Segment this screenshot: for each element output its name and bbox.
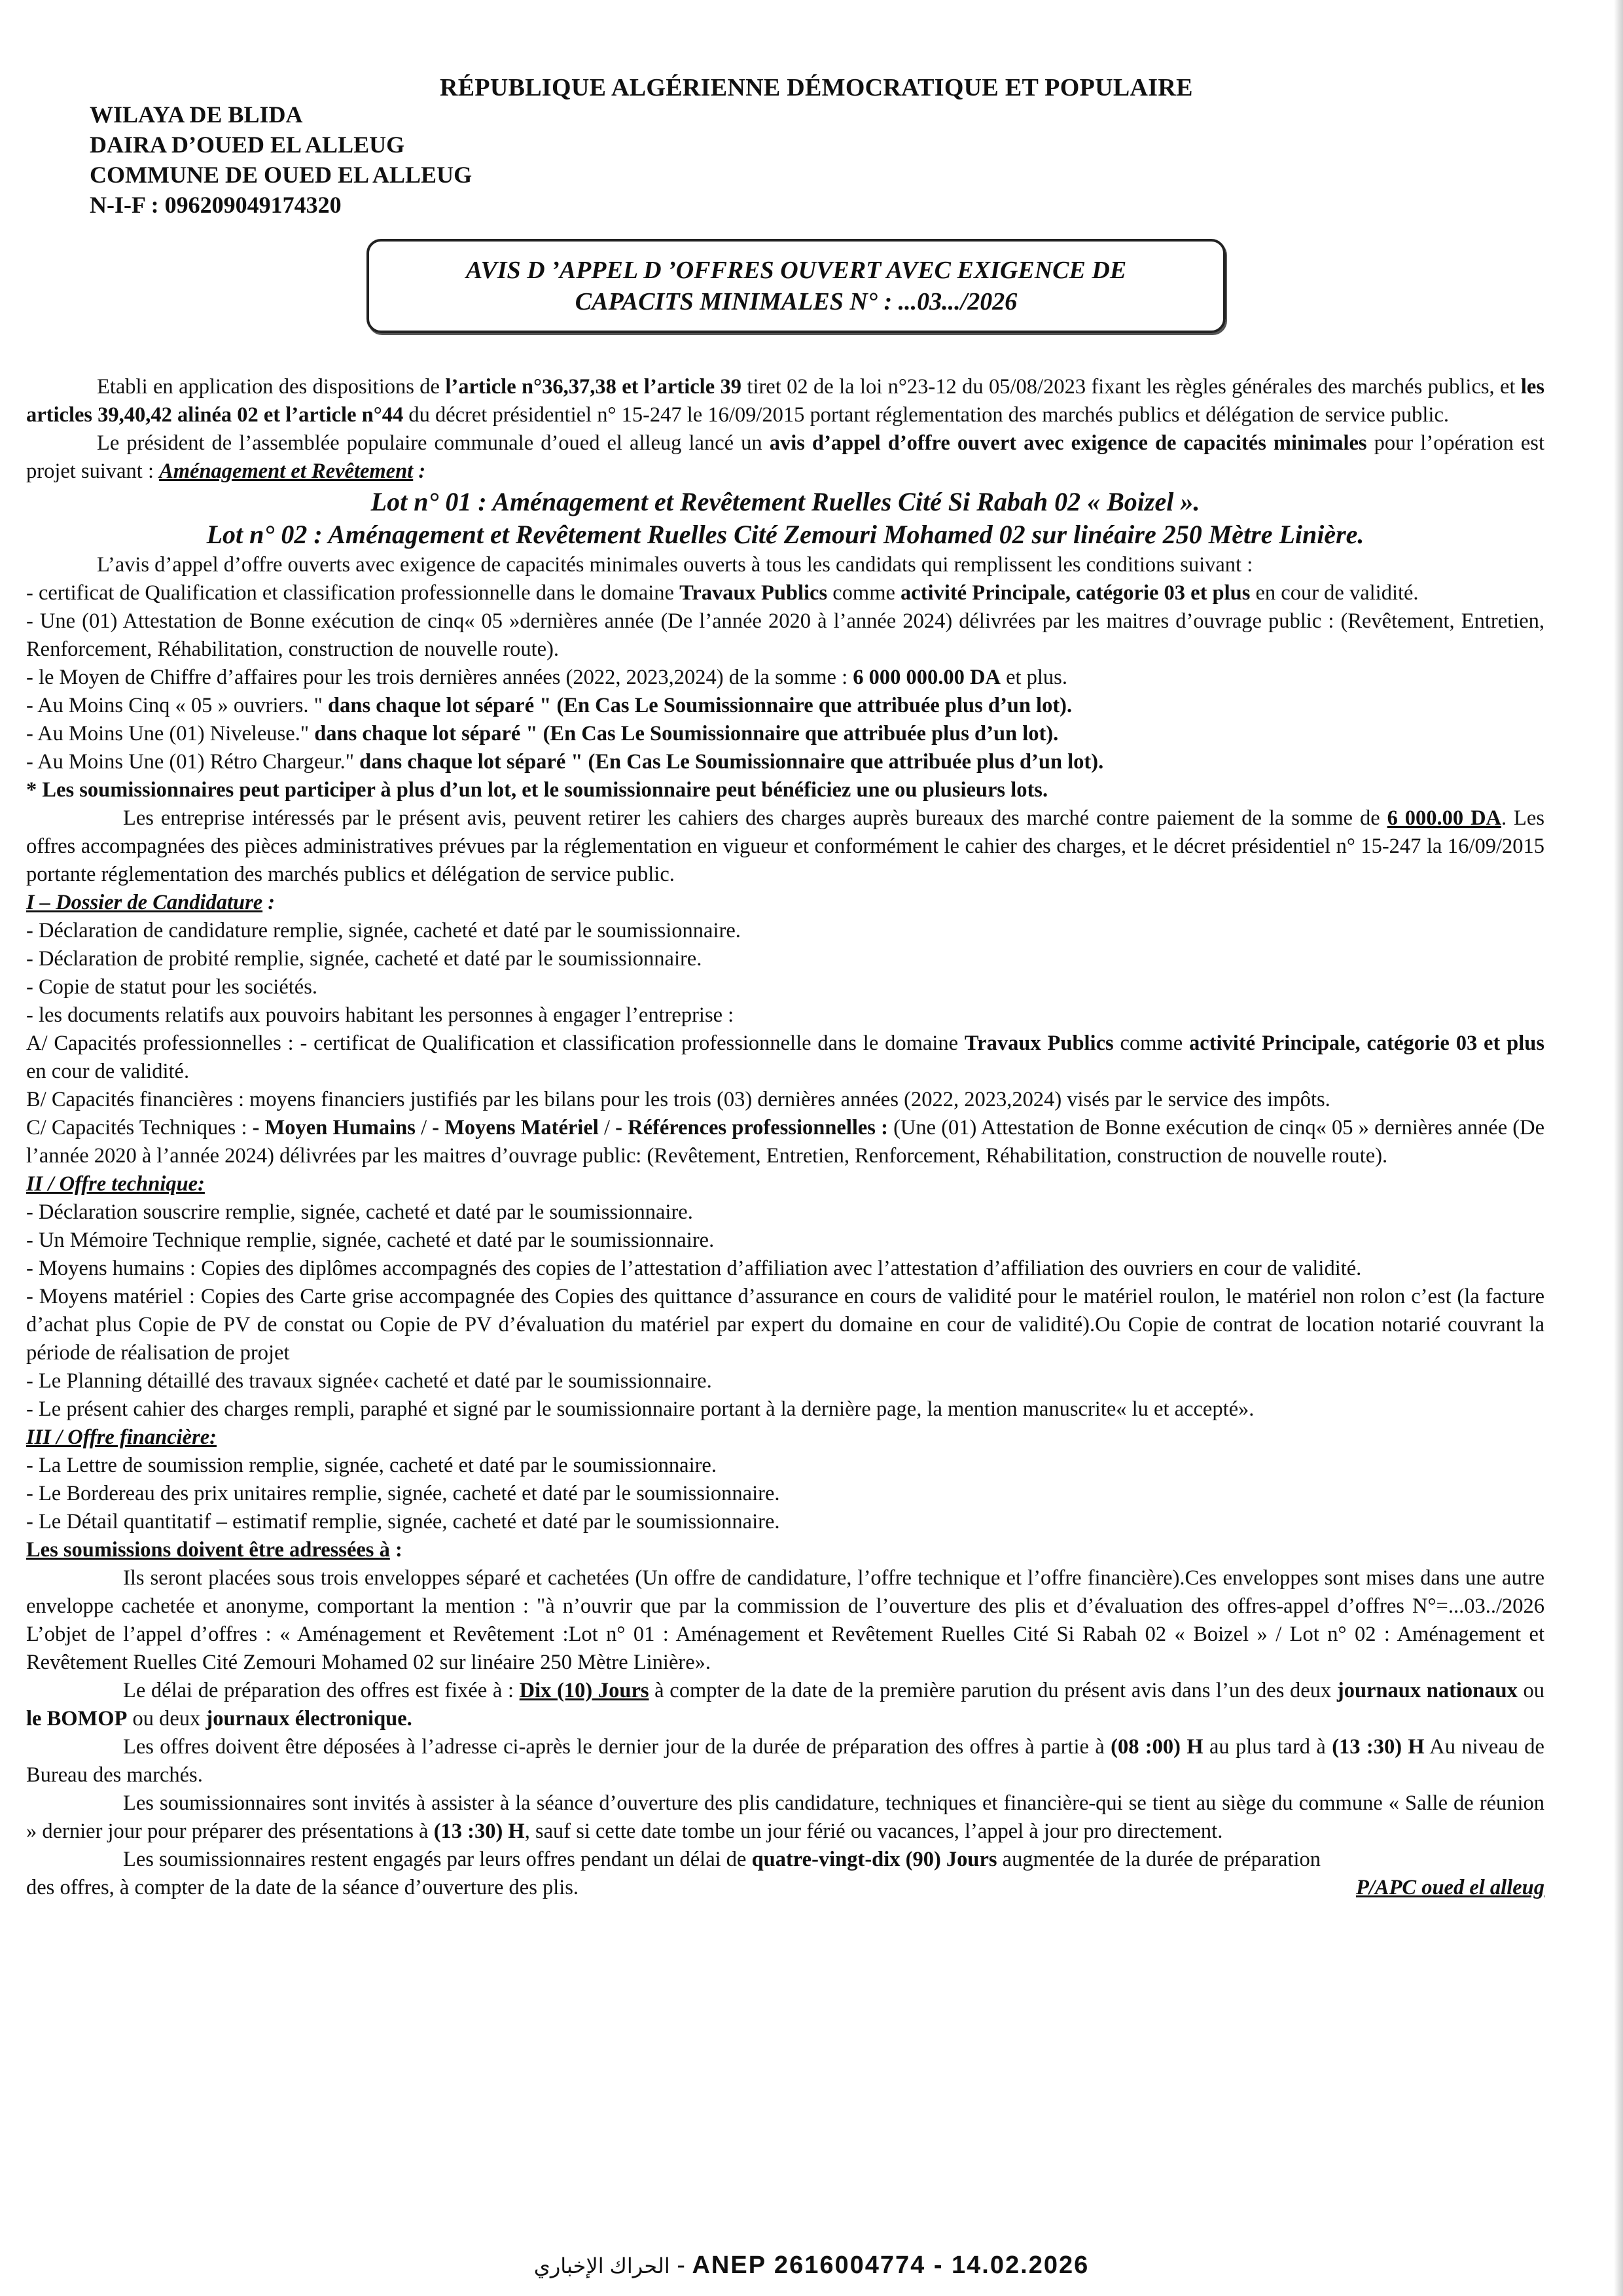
paragraph: Les soumissionnaires restent engagés par…	[26, 1846, 1544, 1874]
publisher-name-arabic: الحراك الإخباري	[534, 2254, 670, 2278]
text-run: dans chaque lot séparé " (En Cas Le Soum…	[328, 694, 1072, 717]
paragraph: L’avis d’appel d’offre ouverts avec exig…	[26, 551, 1544, 579]
text-run: au plus tard à	[1204, 1735, 1332, 1759]
text-run: /	[599, 1116, 615, 1139]
text-run: Ils seront placées sous trois enveloppes…	[26, 1566, 1544, 1674]
text-run: Aménagement et Revêtement	[159, 459, 413, 483]
notice-title-line1: AVIS D ’APPEL D ’OFFRES OUVERT AVEC EXIG…	[369, 256, 1223, 285]
text-run: augmentée de la durée de préparation	[997, 1848, 1321, 1871]
text-run: 6 000.00 DA	[1387, 806, 1501, 830]
paragraph: I – Dossier de Candidature :	[26, 889, 1544, 917]
text-run: /	[416, 1116, 432, 1139]
text-run: - le Moyen de Chiffre d’affaires pour le…	[26, 666, 853, 689]
text-run: I – Dossier de Candidature	[26, 891, 262, 914]
text-run: :	[390, 1538, 402, 1562]
paragraph: - Un Mémoire Technique remplie, signée, …	[26, 1227, 1544, 1255]
text-run: quatre-vingt-dix (90) Jours	[752, 1848, 997, 1871]
text-run: Le président de l’assemblée populaire co…	[97, 431, 770, 455]
paragraph: - Au Moins Une (01) Rétro Chargeur." dan…	[26, 748, 1544, 776]
text-run: - Le Détail quantitatif – estimatif remp…	[26, 1510, 780, 1534]
text-run: * Les soumissionnaires peut participer à…	[26, 778, 1048, 802]
text-run: Etabli en application des dispositions d…	[97, 375, 445, 399]
paragraph: - Au Moins Une (01) Niveleuse." dans cha…	[26, 720, 1544, 748]
text-run: - Copie de statut pour les sociétés.	[26, 975, 317, 999]
text-run: Dix (10) Jours	[520, 1679, 649, 1702]
text-run: II / Offre technique:	[26, 1172, 205, 1196]
text-run: - Un Mémoire Technique remplie, signée, …	[26, 1229, 714, 1252]
text-run: B/ Capacités financières : moyens financ…	[26, 1088, 1330, 1111]
text-run: en cour de validité.	[26, 1060, 189, 1083]
text-run: Le délai de préparation des offres est f…	[123, 1679, 520, 1702]
text-run: ou	[1518, 1679, 1544, 1702]
nif-label: N-I-F : 096209049174320	[90, 190, 472, 220]
paragraph: - Déclaration de probité remplie, signée…	[26, 945, 1544, 973]
text-run: (08 :00) H	[1111, 1735, 1203, 1759]
text-run: (13 :30) H	[1332, 1735, 1424, 1759]
text-run: Les soumissions doivent être adressées à	[26, 1538, 390, 1562]
text-run: - Moyens matériel : Copies des Carte gri…	[26, 1285, 1544, 1365]
text-run: Les soumissionnaires restent engagés par…	[123, 1848, 752, 1871]
text-run: ou deux	[127, 1707, 205, 1731]
text-run: journaux électronique.	[205, 1707, 412, 1731]
paragraph: - Moyens matériel : Copies des Carte gri…	[26, 1283, 1544, 1367]
text-run: - Le Planning détaillé des travaux signé…	[26, 1369, 712, 1393]
daira-label: DAIRA D’OUED EL ALLEUG	[90, 130, 472, 160]
paragraph: - Le Planning détaillé des travaux signé…	[26, 1367, 1544, 1395]
paragraph: * Les soumissionnaires peut participer à…	[26, 776, 1544, 804]
paragraph: Les offres doivent être déposées à l’adr…	[26, 1733, 1544, 1789]
notice-title-box: AVIS D ’APPEL D ’OFFRES OUVERT AVEC EXIG…	[366, 239, 1226, 333]
republic-heading: RÉPUBLIQUE ALGÉRIENNE DÉMOCRATIQUE ET PO…	[440, 73, 1193, 102]
paragraph: - Moyens humains : Copies des diplômes a…	[26, 1255, 1544, 1283]
text-run: - Moyens humains : Copies des diplômes a…	[26, 1257, 1361, 1280]
text-run: - Une (01) Attestation de Bonne exécutio…	[26, 609, 1544, 661]
paragraph: II / Offre technique:	[26, 1170, 1544, 1198]
paragraph: C/ Capacités Techniques : - Moyen Humain…	[26, 1114, 1544, 1170]
text-run: - Au Moins Cinq « 05 » ouvriers. "	[26, 694, 328, 717]
text-run: :	[262, 891, 275, 914]
text-run: comme	[827, 581, 901, 605]
paragraph: Les soumissions doivent être adressées à…	[26, 1536, 1544, 1564]
text-run: activité Principale, catégorie 03 et plu…	[901, 581, 1250, 605]
paragraph: - Au Moins Cinq « 05 » ouvriers. " dans …	[26, 692, 1544, 720]
text-run: du décret présidentiel n° 15-247 le 16/0…	[403, 403, 1449, 427]
paragraph: - les documents relatifs aux pouvoirs ha…	[26, 1001, 1544, 1030]
text-run: - Au Moins Une (01) Niveleuse."	[26, 722, 314, 745]
administration-block: WILAYA DE BLIDA DAIRA D’OUED EL ALLEUG C…	[90, 99, 472, 220]
text-run: , sauf si cette date tombe un jour férié…	[525, 1820, 1223, 1843]
text-run: avis d’appel d’offre ouvert avec exigenc…	[770, 431, 1367, 455]
text-run: comme	[1114, 1031, 1189, 1055]
notice-body: Etabli en application des dispositions d…	[26, 373, 1544, 1902]
text-run: en cour de validité.	[1250, 581, 1418, 605]
text-run: - La Lettre de soumission remplie, signé…	[26, 1454, 717, 1477]
text-run: C/ Capacités Techniques :	[26, 1116, 253, 1139]
signature: P/APC oued el alleug	[1356, 1874, 1544, 1902]
scan-edge-shadow	[1614, 0, 1623, 2296]
text-run: - Références professionnelles :	[615, 1116, 888, 1139]
text-run: dans chaque lot séparé " (En Cas Le Soum…	[359, 750, 1103, 774]
text-run: Les entreprise intéressés par le présent…	[123, 806, 1387, 830]
paragraph: - le Moyen de Chiffre d’affaires pour le…	[26, 664, 1544, 692]
paragraph: - certificat de Qualification et classif…	[26, 579, 1544, 607]
text-run: 6 000 000.00 DA	[853, 666, 1001, 689]
paragraph: Les entreprise intéressés par le présent…	[26, 804, 1544, 889]
paragraph: A/ Capacités professionnelles : - certif…	[26, 1030, 1544, 1086]
text-run: - certificat de Qualification et classif…	[26, 581, 679, 605]
text-run: L’avis d’appel d’offre ouverts avec exig…	[97, 553, 1253, 577]
text-run: :	[413, 459, 425, 483]
paragraph: - Déclaration de candidature remplie, si…	[26, 917, 1544, 945]
text-run: - les documents relatifs aux pouvoirs ha…	[26, 1003, 734, 1027]
text-run: III / Offre financière:	[26, 1426, 217, 1449]
paragraph: Les soumissionnaires sont invités à assi…	[26, 1789, 1544, 1846]
paragraph: - Déclaration souscrire remplie, signée,…	[26, 1198, 1544, 1227]
text-run: Lot n° 02 : Aménagement et Revêtement Ru…	[207, 520, 1364, 549]
text-run: Les offres doivent être déposées à l’adr…	[123, 1735, 1111, 1759]
text-run: - Moyen Humains	[253, 1116, 416, 1139]
text-run: - Le présent cahier des charges rempli, …	[26, 1397, 1254, 1421]
paragraph: - Une (01) Attestation de Bonne exécutio…	[26, 607, 1544, 664]
paragraph: - Le Bordereau des prix unitaires rempli…	[26, 1480, 1544, 1508]
document-page: RÉPUBLIQUE ALGÉRIENNE DÉMOCRATIQUE ET PO…	[0, 0, 1623, 2296]
text-run: A/ Capacités professionnelles : - certif…	[26, 1031, 965, 1055]
text-run: - Le Bordereau des prix unitaires rempli…	[26, 1482, 780, 1505]
text-run: Travaux Publics	[679, 581, 827, 605]
paragraph: - La Lettre de soumission remplie, signé…	[26, 1452, 1544, 1480]
notice-title-line2: CAPACITS MINIMALES N° : ...03.../2026	[369, 287, 1223, 316]
wilaya-label: WILAYA DE BLIDA	[90, 99, 472, 130]
paragraph: Lot n° 01 : Aménagement et Revêtement Ru…	[26, 486, 1544, 518]
text-run: - Moyens Matériel	[432, 1116, 599, 1139]
paragraph: Etabli en application des dispositions d…	[26, 373, 1544, 429]
footer-separator: -	[670, 2251, 692, 2279]
text-run: - Au Moins Une (01) Rétro Chargeur."	[26, 750, 359, 774]
text-run: activité Principale, catégorie 03 et plu…	[1189, 1031, 1544, 1055]
paragraph: Le président de l’assemblée populaire co…	[26, 429, 1544, 486]
text-run: l’article n°36,37,38 et l’article 39	[445, 375, 741, 399]
text-run: à compter de la date de la première paru…	[649, 1679, 1337, 1702]
text-run: journaux nationaux	[1337, 1679, 1518, 1702]
paragraph: B/ Capacités financières : moyens financ…	[26, 1086, 1544, 1114]
text-run: tiret 02 de la loi n°23-12 du 05/08/2023…	[741, 375, 1521, 399]
paragraph: Lot n° 02 : Aménagement et Revêtement Ru…	[26, 518, 1544, 551]
commune-label: COMMUNE DE OUED EL ALLEUG	[90, 160, 472, 190]
text-run: Lot n° 01 : Aménagement et Revêtement Ru…	[371, 487, 1200, 516]
text-run: - Déclaration souscrire remplie, signée,…	[26, 1200, 693, 1224]
text-run: le BOMOP	[26, 1707, 127, 1731]
anep-reference: ANEP 2616004774 - 14.02.2026	[692, 2251, 1089, 2279]
paragraph: III / Offre financière:	[26, 1424, 1544, 1452]
text-run: dans chaque lot séparé " (En Cas Le Soum…	[314, 722, 1058, 745]
closing-line: des offres, à compter de la date de la s…	[26, 1874, 1544, 1902]
paragraph-list: Etabli en application des dispositions d…	[26, 373, 1544, 1874]
text-run: Travaux Publics	[965, 1031, 1114, 1055]
text-run: (13 :30) H	[434, 1820, 525, 1843]
closing-text: des offres, à compter de la date de la s…	[26, 1874, 579, 1902]
paragraph: - Le présent cahier des charges rempli, …	[26, 1395, 1544, 1424]
paragraph: - Copie de statut pour les sociétés.	[26, 973, 1544, 1001]
paragraph: Ils seront placées sous trois enveloppes…	[26, 1564, 1544, 1677]
text-run: - Déclaration de candidature remplie, si…	[26, 919, 741, 942]
text-run: - Déclaration de probité remplie, signée…	[26, 947, 702, 971]
text-run: et plus.	[1001, 666, 1067, 689]
paragraph: - Le Détail quantitatif – estimatif remp…	[26, 1508, 1544, 1536]
publication-footer: الحراك الإخباري - ANEP 2616004774 - 14.0…	[0, 2251, 1623, 2280]
paragraph: Le délai de préparation des offres est f…	[26, 1677, 1544, 1733]
